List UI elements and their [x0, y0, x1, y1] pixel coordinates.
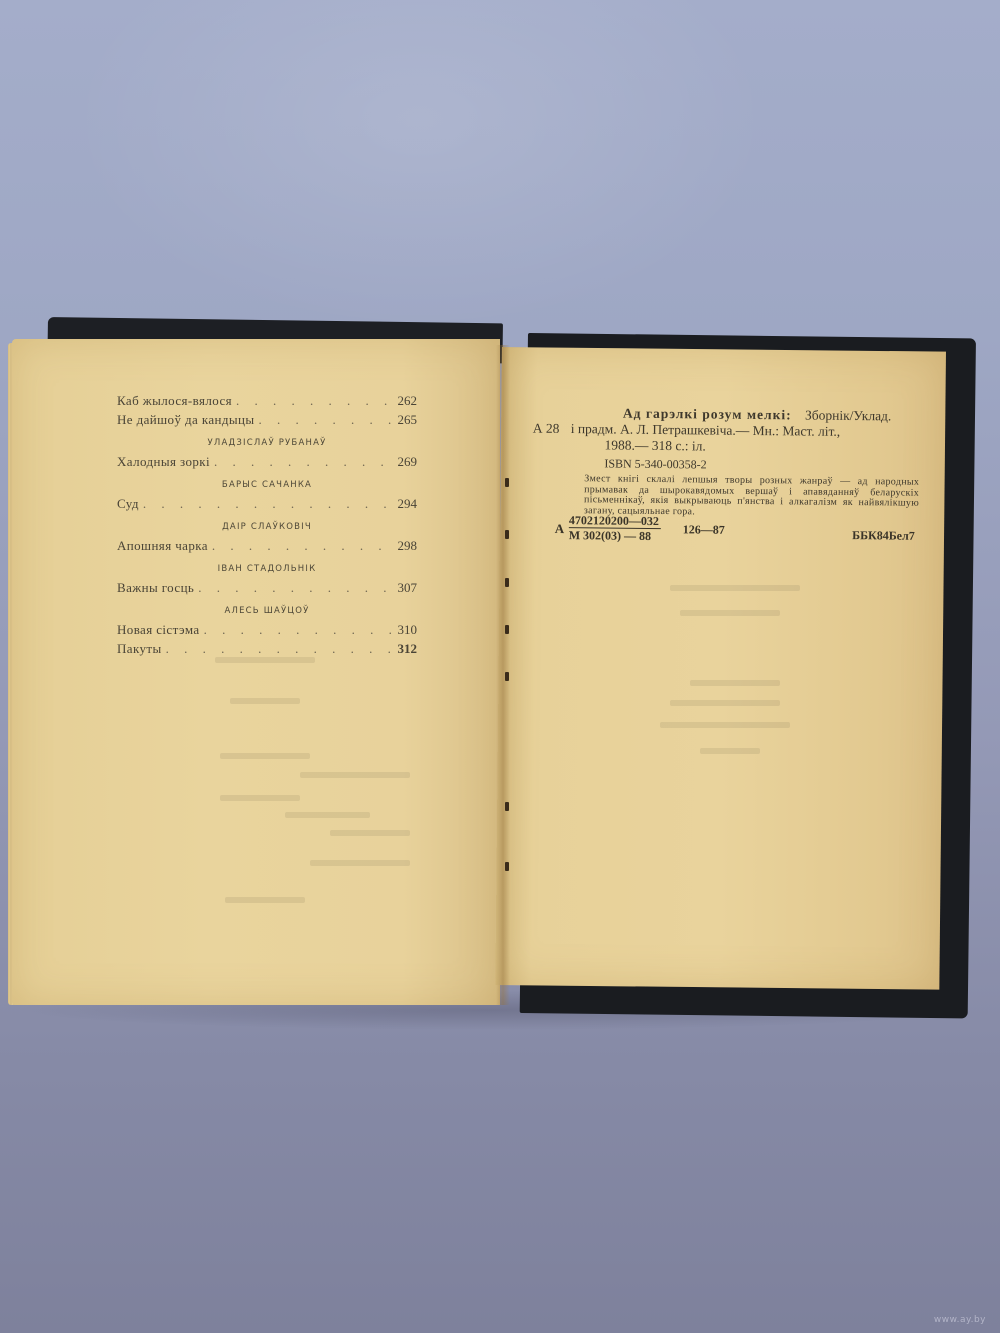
toc-page-number: 312 — [395, 639, 417, 658]
show-through-text — [220, 795, 300, 801]
toc-leader-dots — [204, 620, 391, 639]
stitch-mark — [505, 672, 509, 681]
toc-author: ДАІР СЛАЎКОВІЧ — [117, 513, 417, 536]
toc-entry: Каб жылося-вялося 262 — [117, 391, 417, 410]
compiler-note: Зборнік/Уклад. — [795, 407, 891, 423]
index-denominator: М 302(03) — 88 — [569, 528, 661, 543]
index-tail: 126—87 — [683, 522, 725, 537]
index-letter: А — [555, 521, 565, 537]
catalog-code: А 28 — [533, 421, 560, 437]
toc-leader-dots — [198, 578, 391, 597]
toc-leader-dots — [166, 639, 391, 658]
toc-entry: Пакуты 312 — [117, 639, 417, 658]
catalog-line: 1988.— 318 с.: іл. — [564, 437, 924, 457]
show-through-text — [330, 830, 410, 836]
stitch-mark — [505, 625, 509, 634]
toc-author: УЛАДЗІСЛАЎ РУБАНАЎ — [117, 429, 417, 452]
toc-leader-dots — [259, 410, 391, 429]
toc-entry-title: Пакуты — [117, 639, 162, 658]
stitch-mark — [505, 478, 509, 487]
show-through-text — [220, 753, 310, 759]
toc-entry: Апошняя чарка 298 — [117, 536, 417, 555]
toc-entry: Суд 294 — [117, 494, 417, 513]
toc-leader-dots — [143, 494, 391, 513]
classification-index: А 4702120200—032 М 302(03) — 88 126—87 Б… — [555, 513, 925, 547]
catalog-card: Ад гарэлкі розум мелкі: Зборнік/Уклад. А… — [564, 405, 925, 520]
bbk-code: ББК84Бел7 — [852, 528, 915, 544]
index-numerator: 4702120200—032 — [569, 513, 661, 529]
toc-entry-title: Суд — [117, 494, 139, 513]
toc-leader-dots — [214, 452, 391, 471]
watermark: www.ay.by — [934, 1315, 986, 1325]
toc-leader-dots — [236, 391, 391, 410]
stitch-mark — [505, 862, 509, 871]
stitch-mark — [505, 530, 509, 539]
publication-info: і прадм. А. Л. Петрашкевіча.— Мн.: Маст.… — [565, 421, 841, 439]
book-title: Ад гарэлкі розум мелкі: — [565, 405, 792, 422]
toc-page-number: 262 — [395, 391, 417, 410]
toc-entry-title: Каб жылося-вялося — [117, 391, 232, 410]
show-through-text — [700, 748, 760, 754]
toc-author: АЛЕСЬ ШАЎЦОЎ — [117, 597, 417, 620]
isbn: ISBN 5-340-00358-2 — [564, 455, 924, 475]
toc-page-number: 265 — [395, 410, 417, 429]
toc-entry-title: Апошняя чарка — [117, 536, 208, 555]
toc-entry: Важны госць 307 — [117, 578, 417, 597]
show-through-text — [310, 860, 410, 866]
show-through-text — [670, 585, 800, 591]
toc-entry: Новая сістэма 310 — [117, 620, 417, 639]
show-through-text — [690, 680, 780, 686]
toc-leader-dots — [212, 536, 391, 555]
toc-page-number: 310 — [395, 620, 417, 639]
show-through-text — [680, 610, 780, 616]
show-through-text — [285, 812, 370, 818]
table-of-contents: Каб жылося-вялося 262 Не дайшоў да канды… — [117, 391, 417, 658]
toc-page-number: 294 — [395, 494, 417, 513]
toc-entry: Не дайшоў да кандыцы 265 — [117, 410, 417, 429]
toc-page-number: 269 — [395, 452, 417, 471]
toc-page-number: 298 — [395, 536, 417, 555]
toc-page-number: 307 — [395, 578, 417, 597]
index-fraction: 4702120200—032 М 302(03) — 88 — [569, 513, 661, 543]
show-through-text — [300, 772, 410, 778]
stitch-mark — [505, 802, 509, 811]
toc-author: БАРЫС САЧАНКА — [117, 471, 417, 494]
show-through-text — [230, 698, 300, 704]
toc-entry-title: Халодныя зоркі — [117, 452, 210, 471]
toc-entry-title: Важны госць — [117, 578, 194, 597]
toc-author: ІВАН СТАДОЛЬНІК — [117, 555, 417, 578]
show-through-text — [660, 722, 790, 728]
toc-entry-title: Новая сістэма — [117, 620, 200, 639]
toc-entry: Халодныя зоркі 269 — [117, 452, 417, 471]
show-through-text — [225, 897, 305, 903]
toc-entry-title: Не дайшоў да кандыцы — [117, 410, 255, 429]
stitch-mark — [505, 578, 509, 587]
show-through-text — [670, 700, 780, 706]
year-pages: 1988.— 318 с.: іл. — [565, 437, 706, 453]
